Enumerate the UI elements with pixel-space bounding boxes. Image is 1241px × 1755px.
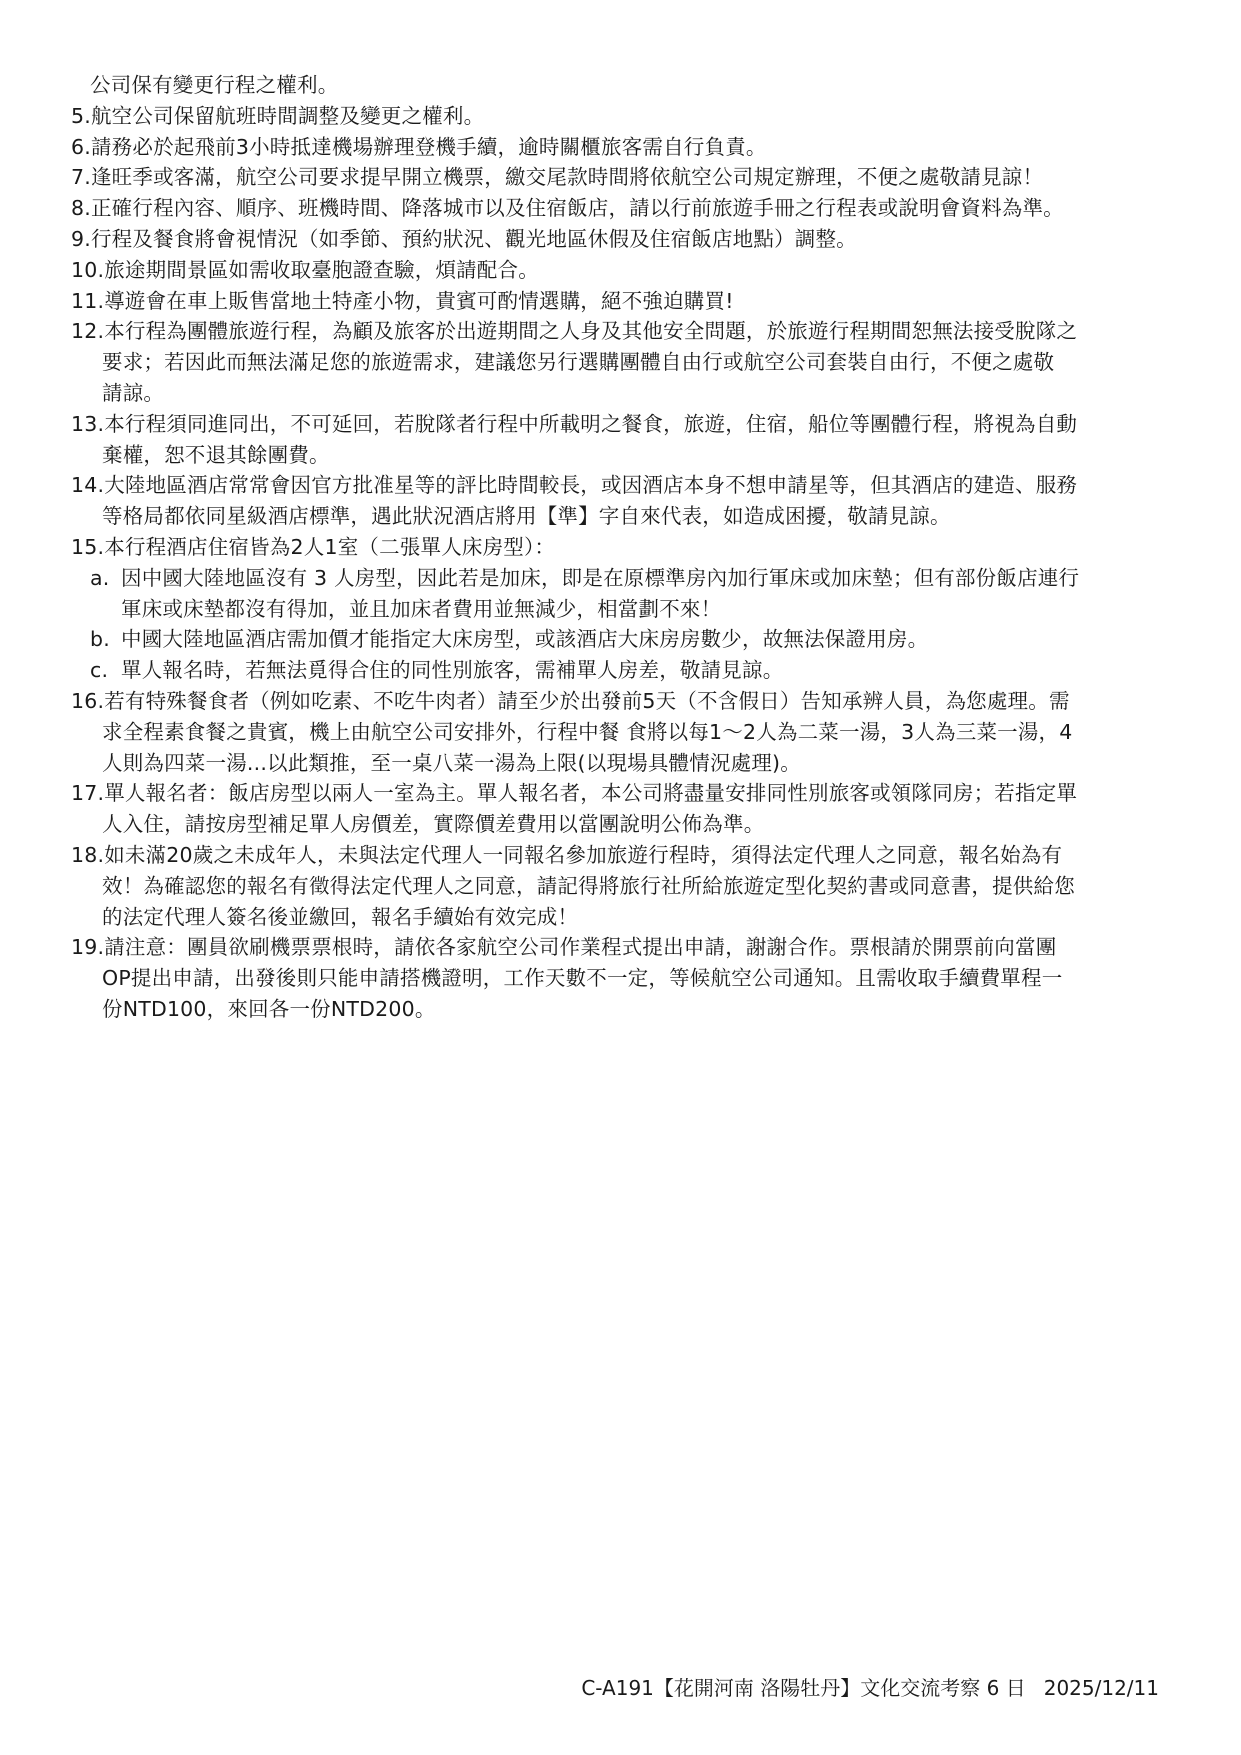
item-text: 單人報名者：飯店房型以兩人一室為主。單人報名者，本公司將盡量安排同性別旅客或領隊… — [104, 781, 1077, 805]
item-text: 本行程為團體旅遊行程，為顧及旅客於出遊期間之人身及其他安全問題，於旅遊行程期間恕… — [104, 319, 1077, 343]
terms-list: 公司保有變更行程之權利。 5.航空公司保留航班時間調整及變更之權利。 6.請務必… — [71, 70, 1181, 1025]
sub-item: a.因中國大陸地區沒有 3 人房型，因此若是加床，即是在原標準房內加行軍床或加床… — [71, 563, 1181, 625]
item-text: 導遊會在車上販售當地土特產小物，貴賓可酌情選購，絕不強迫購買! — [104, 289, 733, 313]
list-item: 17.單人報名者：飯店房型以兩人一室為主。單人報名者，本公司將盡量安排同性別旅客… — [71, 778, 1181, 840]
item-text-continued: 等格局都依同星級酒店標準，遇此狀況酒店將用【準】字自來代表，如造成困擾，敬請見諒… — [71, 501, 1181, 532]
item-text-continued: OP提出申請，出發後則只能申請搭機證明，工作天數不一定，等候航空公司通知。且需收… — [71, 963, 1181, 994]
item-text: 航空公司保留航班時間調整及變更之權利。 — [91, 104, 484, 128]
item-number: 6. — [71, 135, 91, 159]
sub-item: c.單人報名時，若無法覓得合住的同性別旅客，需補單人房差，敬請見諒。 — [71, 655, 1181, 686]
item-text: 本行程須同進同出，不可延回，若脫隊者行程中所載明之餐食，旅遊，住宿，船位等團體行… — [104, 412, 1077, 436]
sub-item-label: a. — [90, 563, 121, 594]
item-text: 逢旺季或客滿，航空公司要求提早開立機票，繳交尾款時間將依航空公司規定辦理，不便之… — [91, 165, 1043, 189]
item-text: 請注意：團員欲刷機票票根時，請依各家航空公司作業程式提出申請，謝謝合作。票根請於… — [104, 935, 1056, 959]
list-item: 6.請務必於起飛前3小時抵達機場辦理登機手續，逾時關櫃旅客需自行負責。 — [71, 132, 1181, 163]
item-text-continued: 請諒。 — [71, 378, 1181, 409]
item-text-continued: 效！為確認您的報名有徵得法定代理人之同意，請記得將旅行社所給旅遊定型化契約書或同… — [71, 871, 1181, 902]
sub-item-text: 因中國大陸地區沒有 3 人房型，因此若是加床，即是在原標準房內加行軍床或加床墊；… — [121, 566, 1079, 590]
item-text: 本行程酒店住宿皆為2人1室（二張單人床房型）： — [104, 535, 555, 559]
sub-item-text: 單人報名時，若無法覓得合住的同性別旅客，需補單人房差，敬請見諒。 — [121, 658, 783, 682]
list-item: 10.旅途期間景區如需收取臺胞證查驗，煩請配合。 — [71, 255, 1181, 286]
item-number: 13. — [71, 412, 104, 436]
item-text-continued: 的法定代理人簽名後並繳回，報名手續始有效完成！ — [71, 902, 1181, 933]
item-number: 11. — [71, 289, 104, 313]
sub-item-text: 中國大陸地區酒店需加價才能指定大床房型，或該酒店大床房房數少，故無法保證用房。 — [121, 627, 928, 651]
list-item: 19.請注意：團員欲刷機票票根時，請依各家航空公司作業程式提出申請，謝謝合作。票… — [71, 932, 1181, 1024]
item-text: 行程及餐食將會視情況（如季節、預約狀況、觀光地區休假及住宿飯店地點）調整。 — [91, 227, 857, 251]
item-text-continued: 求全程素食餐之貴賓，機上由航空公司安排外，行程中餐 食將以每1～2人為二菜一湯，… — [71, 717, 1181, 748]
list-item: 11.導遊會在車上販售當地土特產小物，貴賓可酌情選購，絕不強迫購買! — [71, 286, 1181, 317]
list-item: 16.若有特殊餐食者（例如吃素、不吃牛肉者）請至少於出發前5天（不含假日）告知承… — [71, 686, 1181, 778]
list-item: 12.本行程為團體旅遊行程，為顧及旅客於出遊期間之人身及其他安全問題，於旅遊行程… — [71, 316, 1181, 408]
item-number: 5. — [71, 104, 91, 128]
list-item: 18.如未滿20歲之未成年人，未與法定代理人一同報名參加旅遊行程時，須得法定代理… — [71, 840, 1181, 932]
list-item: 7.逢旺季或客滿，航空公司要求提早開立機票，繳交尾款時間將依航空公司規定辦理，不… — [71, 162, 1181, 193]
item-text: 若有特殊餐食者（例如吃素、不吃牛肉者）請至少於出發前5天（不含假日）告知承辨人員… — [104, 689, 1069, 713]
item-number: 15. — [71, 535, 104, 559]
item-number: 14. — [71, 473, 104, 497]
item-text: 正確行程內容、順序、班機時間、降落城市以及住宿飯店，請以行前旅遊手冊之行程表或說… — [91, 196, 1064, 220]
item-text-continued: 人則為四菜一湯...以此類推，至一桌八菜一湯為上限(以現場具體情況處理)。 — [71, 748, 1181, 779]
item-text: 如未滿20歲之未成年人，未與法定代理人一同報名參加旅遊行程時，須得法定代理人之同… — [104, 843, 1062, 867]
list-item: 15.本行程酒店住宿皆為2人1室（二張單人床房型）： a.因中國大陸地區沒有 3… — [71, 532, 1181, 686]
list-item: 13.本行程須同進同出，不可延回，若脫隊者行程中所載明之餐食，旅遊，住宿，船位等… — [71, 409, 1181, 471]
item-number: 7. — [71, 165, 91, 189]
item-number: 16. — [71, 689, 104, 713]
sub-item-label: b. — [90, 624, 121, 655]
continued-line: 公司保有變更行程之權利。 — [71, 70, 1181, 101]
list-item: 14.大陸地區酒店常常會因官方批准星等的評比時間較長，或因酒店本身不想申請星等，… — [71, 470, 1181, 532]
page-footer: C-A191【花開河南 洛陽牡丹】文化交流考察 6 日2025/12/11 — [581, 1672, 1159, 1701]
item-text: 大陸地區酒店常常會因官方批准星等的評比時間較長，或因酒店本身不想申請星等，但其酒… — [104, 473, 1077, 497]
sub-item-label: c. — [90, 655, 121, 686]
footer-date: 2025/12/11 — [1044, 1676, 1159, 1700]
item-number: 10. — [71, 258, 104, 282]
list-item: 8.正確行程內容、順序、班機時間、降落城市以及住宿飯店，請以行前旅遊手冊之行程表… — [71, 193, 1181, 224]
list-item: 9.行程及餐食將會視情況（如季節、預約狀況、觀光地區休假及住宿飯店地點）調整。 — [71, 224, 1181, 255]
item-text: 旅途期間景區如需收取臺胞證查驗，煩請配合。 — [104, 258, 539, 282]
item-number: 12. — [71, 319, 104, 343]
item-text-continued: 棄權，恕不退其餘團費。 — [71, 440, 1181, 471]
sub-item: b.中國大陸地區酒店需加價才能指定大床房型，或該酒店大床房房數少，故無法保證用房… — [71, 624, 1181, 655]
footer-title: C-A191【花開河南 洛陽牡丹】文化交流考察 6 日 — [581, 1676, 1025, 1700]
item-number: 19. — [71, 935, 104, 959]
sub-item-text-continued: 軍床或床墊都沒有得加，並且加床者費用並無減少，相當劃不來！ — [71, 594, 1181, 625]
item-text: 請務必於起飛前3小時抵達機場辦理登機手續，逾時關櫃旅客需自行負責。 — [91, 135, 767, 159]
item-number: 17. — [71, 781, 104, 805]
item-text-continued: 份NTD100，來回各一份NTD200。 — [71, 994, 1181, 1025]
item-text-continued: 要求；若因此而無法滿足您的旅遊需求，建議您另行選購團體自由行或航空公司套裝自由行… — [71, 347, 1181, 378]
document-page: 公司保有變更行程之權利。 5.航空公司保留航班時間調整及變更之權利。 6.請務必… — [0, 0, 1241, 1755]
item-number: 18. — [71, 843, 104, 867]
item-text-continued: 人入住，請按房型補足單人房價差，實際價差費用以當團說明公佈為準。 — [71, 809, 1181, 840]
list-item: 5.航空公司保留航班時間調整及變更之權利。 — [71, 101, 1181, 132]
item-number: 8. — [71, 196, 91, 220]
item-number: 9. — [71, 227, 91, 251]
